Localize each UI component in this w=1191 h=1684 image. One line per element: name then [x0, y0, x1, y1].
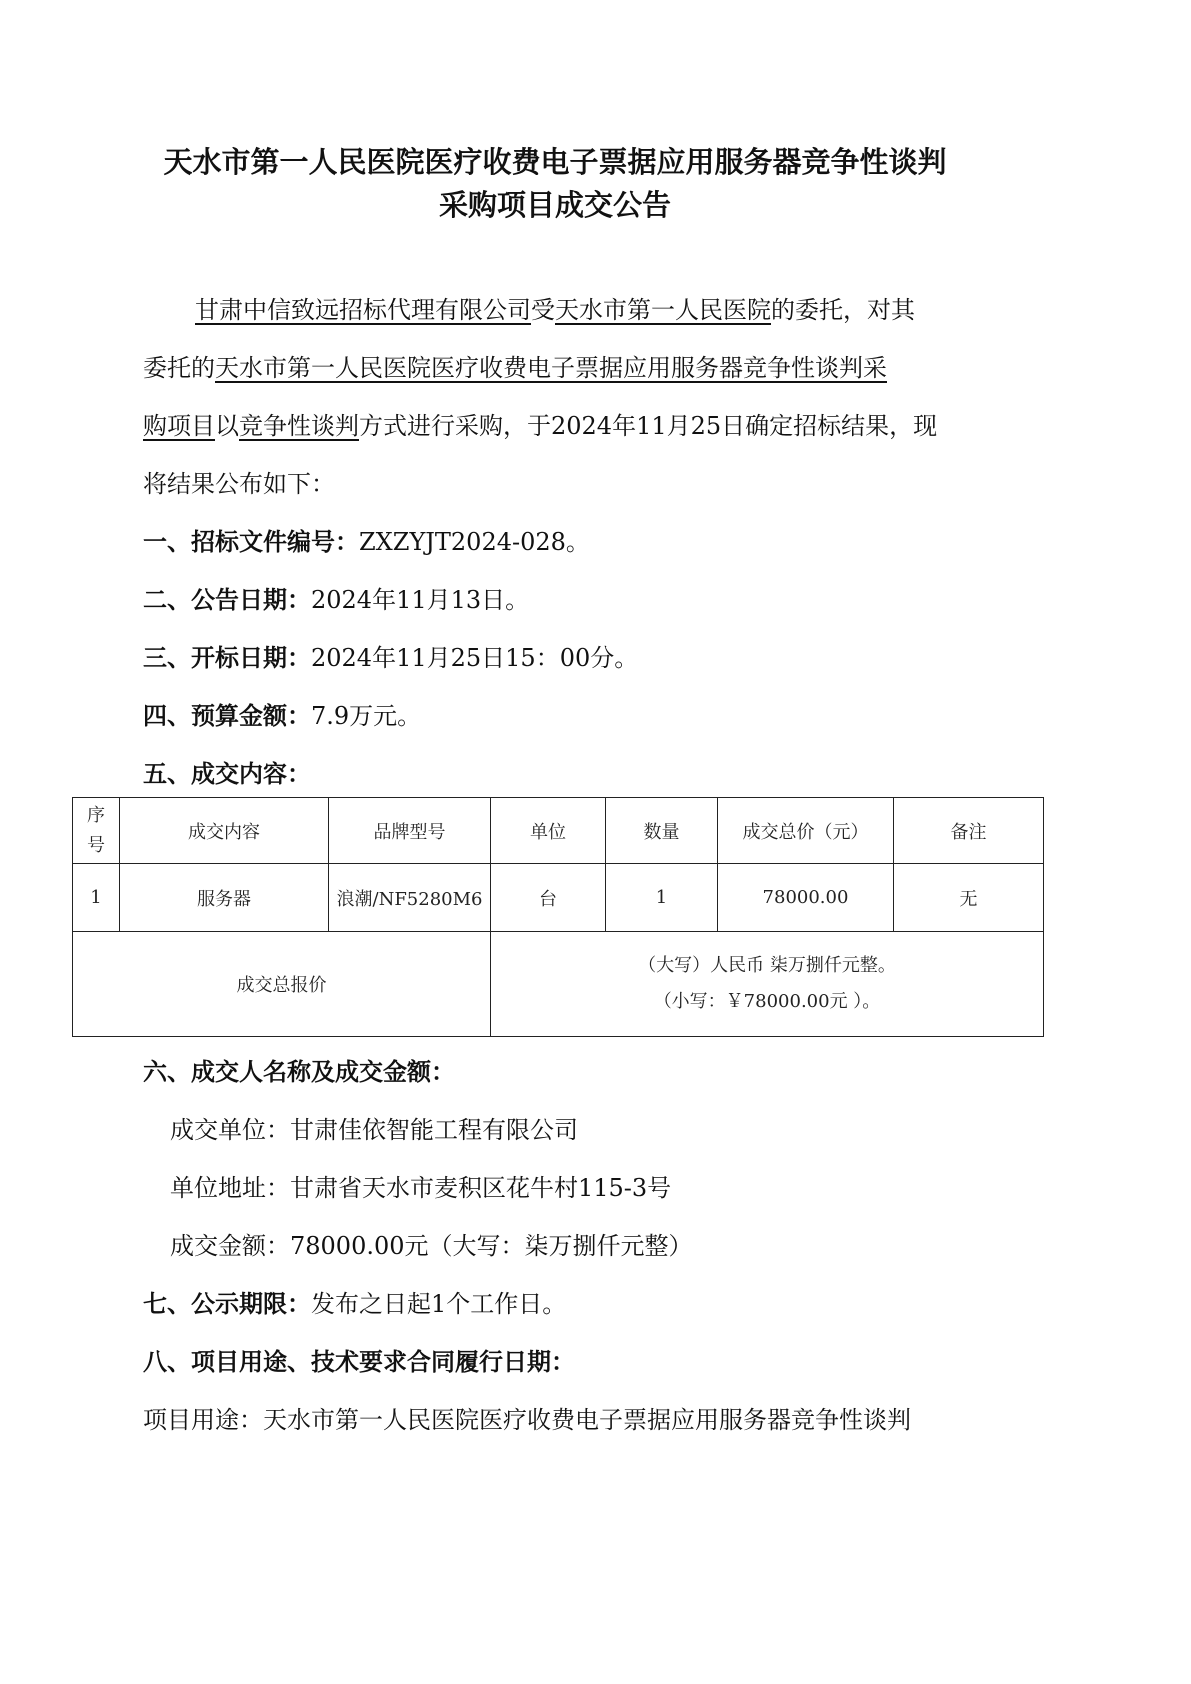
cell-content: 服务器 [120, 864, 329, 932]
total-amount: （大写）人民币 柒万捌仟元整。 （小写：￥78000.00元 ）。 [491, 932, 1044, 1037]
section-open-date: 三、开标日期：2024年11月25日15：00分。 [143, 638, 638, 673]
intro-text: 委托的 [143, 354, 215, 382]
intro-text: 受 [531, 296, 555, 324]
section-label: 四、预算金额： [143, 702, 311, 730]
winner-address: 单位地址：甘肃省天水市麦积区花牛村115-3号 [170, 1168, 671, 1203]
header-quantity: 数量 [606, 798, 718, 864]
winner-unit: 成交单位：甘肃佳依智能工程有限公司 [170, 1110, 578, 1145]
table-total-row: 成交总报价 （大写）人民币 柒万捌仟元整。 （小写：￥78000.00元 ）。 [73, 932, 1044, 1037]
intro-text: 方式进行采购，于2024年11月25日确定招标结果，现 [359, 412, 937, 440]
intro-line2: 委托的天水市第一人民医院医疗收费电子票据应用服务器竞争性谈判采 [143, 348, 887, 383]
section-deal-content: 五、成交内容： [143, 754, 311, 789]
header-total-price: 成交总价（元） [718, 798, 894, 864]
section-label: 五、成交内容： [143, 760, 311, 788]
header-seq-line2: 号 [87, 835, 105, 856]
section-label: 一、招标文件编号： [143, 528, 359, 556]
procurement-method: 竞争性谈判 [239, 412, 359, 440]
intro-line1: 甘肃中信致远招标代理有限公司受天水市第一人民医院的委托，对其 [195, 290, 915, 325]
cell-remarks: 无 [894, 864, 1044, 932]
section-label: 二、公告日期： [143, 586, 311, 614]
section-usage: 八、项目用途、技术要求合同履行日期： [143, 1342, 575, 1377]
header-unit: 单位 [491, 798, 606, 864]
usage-text: 项目用途：天水市第一人民医院医疗收费电子票据应用服务器竞争性谈判 [143, 1400, 911, 1435]
cell-brand-model: 浪潮/NF5280M6 [329, 864, 491, 932]
section-value: 2024年11月13日。 [311, 586, 529, 614]
header-seq-line1: 序 [87, 805, 105, 826]
table-header-row: 序 号 成交内容 品牌型号 单位 数量 成交总价（元） 备注 [73, 798, 1044, 864]
section-winner: 六、成交人名称及成交金额： [143, 1052, 455, 1087]
section-label: 八、项目用途、技术要求合同履行日期： [143, 1348, 575, 1376]
deal-table: 序 号 成交内容 品牌型号 单位 数量 成交总价（元） 备注 1 服务器 浪潮/… [72, 797, 1044, 1037]
cell-unit: 台 [491, 864, 606, 932]
total-upper: （大写）人民币 柒万捌仟元整。 [638, 955, 896, 976]
agency-name: 甘肃中信致远招标代理有限公司 [195, 296, 531, 324]
page-title-line2: 采购项目成交公告 [0, 183, 1110, 224]
section-publicity-period: 七、公示期限：发布之日起1个工作日。 [143, 1284, 566, 1319]
intro-line3: 购项目以竞争性谈判方式进行采购，于2024年11月25日确定招标结果，现 [143, 406, 937, 441]
intro-text: 的委托，对其 [771, 296, 915, 324]
header-brand-model: 品牌型号 [329, 798, 491, 864]
intro-line4: 将结果公布如下： [143, 464, 335, 499]
total-label: 成交总报价 [73, 932, 491, 1037]
page-title-line1: 天水市第一人民医院医疗收费电子票据应用服务器竞争性谈判 [0, 140, 1110, 181]
project-name: 天水市第一人民医院医疗收费电子票据应用服务器竞争性谈判采 [215, 354, 887, 382]
total-lower: （小写：￥78000.00元 ）。 [654, 991, 881, 1012]
header-remarks: 备注 [894, 798, 1044, 864]
section-value: 发布之日起1个工作日。 [311, 1290, 566, 1318]
purchaser-name: 天水市第一人民医院 [555, 296, 771, 324]
intro-text: 以 [215, 412, 239, 440]
winner-amount: 成交金额：78000.00元（大写：柒万捌仟元整） [170, 1226, 693, 1261]
section-label: 三、开标日期： [143, 644, 311, 672]
section-value: 7.9万元。 [311, 702, 421, 730]
cell-seq: 1 [73, 864, 120, 932]
section-value: ZXZYJT2024-028。 [359, 528, 590, 556]
section-label: 六、成交人名称及成交金额： [143, 1058, 455, 1086]
section-announce-date: 二、公告日期：2024年11月13日。 [143, 580, 529, 615]
project-name-cont: 购项目 [143, 412, 215, 440]
cell-quantity: 1 [606, 864, 718, 932]
section-value: 2024年11月25日15：00分。 [311, 644, 638, 672]
section-label: 七、公示期限： [143, 1290, 311, 1318]
section-budget: 四、预算金额：7.9万元。 [143, 696, 421, 731]
table-row: 1 服务器 浪潮/NF5280M6 台 1 78000.00 无 [73, 864, 1044, 932]
section-tender-number: 一、招标文件编号：ZXZYJT2024-028。 [143, 522, 590, 557]
header-content: 成交内容 [120, 798, 329, 864]
header-seq: 序 号 [73, 798, 120, 864]
cell-total-price: 78000.00 [718, 864, 894, 932]
